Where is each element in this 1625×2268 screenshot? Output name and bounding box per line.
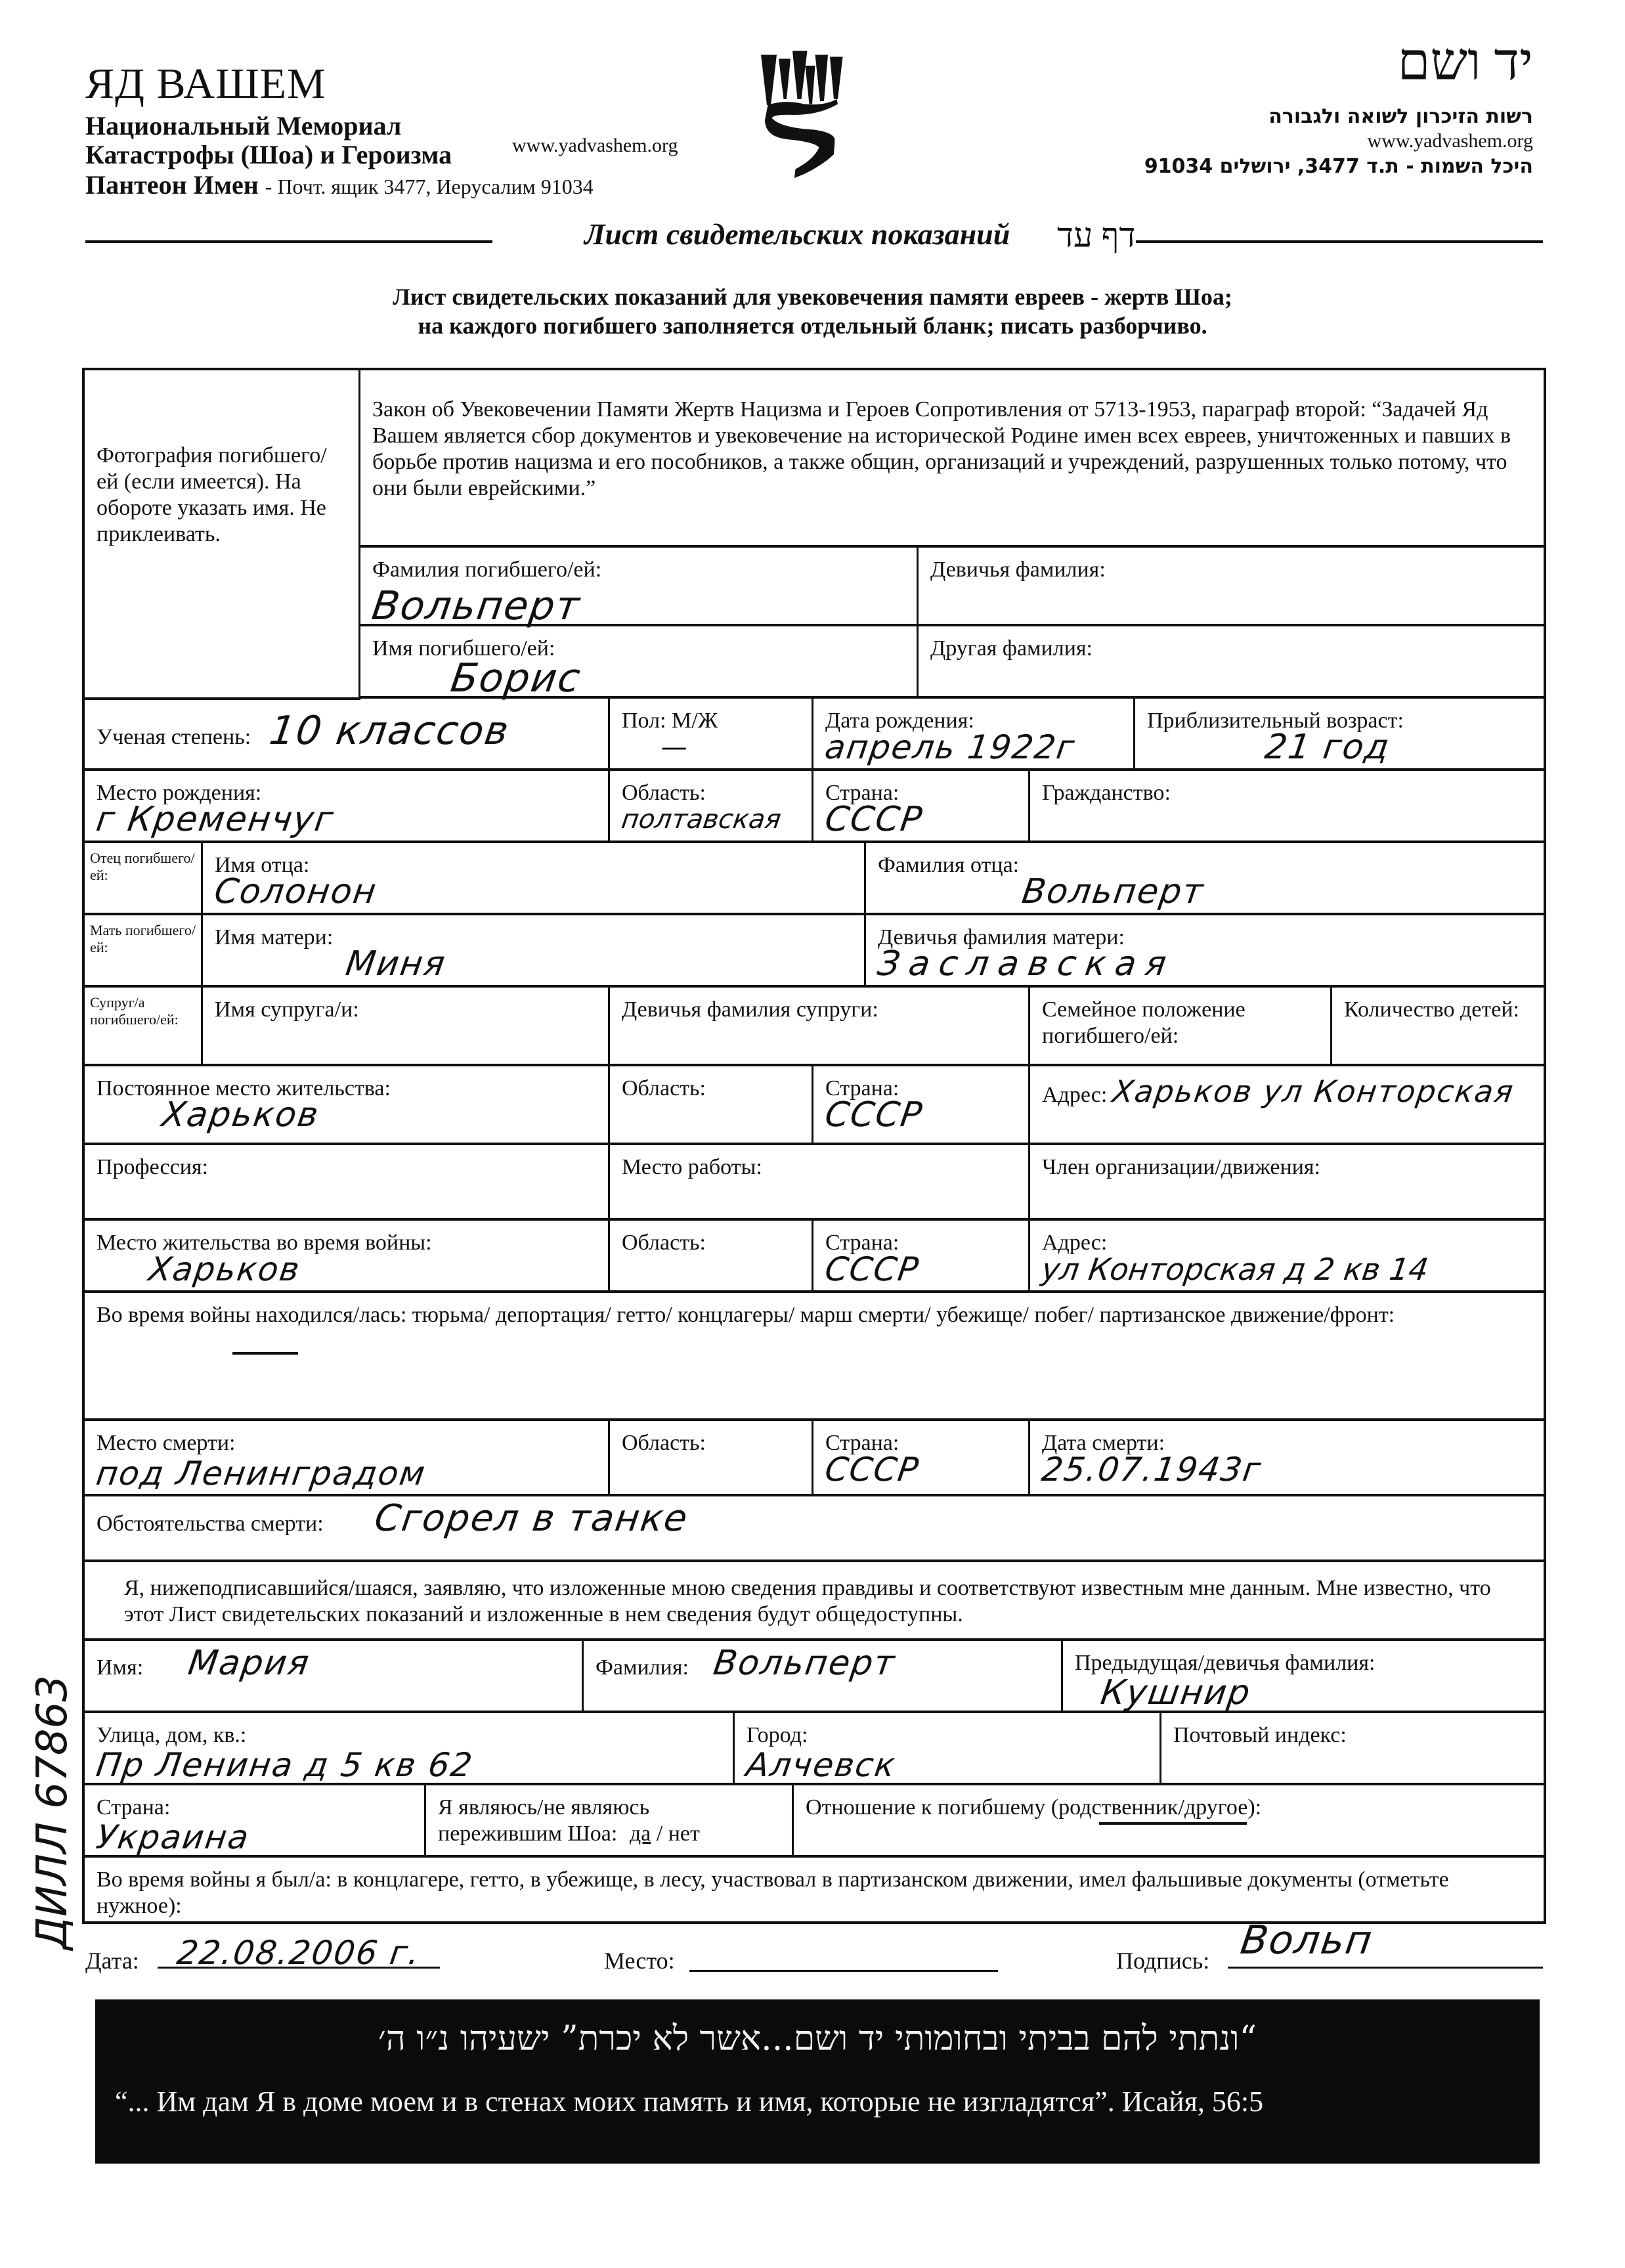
survivor-field[interactable]: Я являюсь/не являюсь пережившим Шоа: да … [426,1785,794,1858]
death-circumstances-field[interactable]: Обстоятельства смерти: Сгорел в танке [85,1496,1544,1562]
submitter-street-label: Улица, дом, кв.: [97,1722,721,1749]
submitter-war-experience-label: Во время войны я был/а: в концлагере, ге… [97,1867,1449,1918]
death-date-field[interactable]: Дата смерти: 25.07.1943г [1030,1421,1544,1496]
war-country-value: СССР [823,1256,921,1282]
residence-country-field[interactable]: Страна: СССР [813,1066,1030,1145]
law-text-cell: Закон об Увековечении Памяти Жертв Нациз… [360,370,1544,548]
other-surname-label: Другая фамилия: [930,636,1532,662]
death-place-value: под Ленинградом [94,1456,428,1491]
org-title-ru: ЯД ВАШЕМ [85,59,326,109]
front-option-underline [232,1352,298,1355]
mother-maiden-value: Заславская [876,951,1177,977]
children-count-field[interactable]: Количество детей: [1332,988,1544,1066]
title-rule-right [1136,240,1543,243]
spouse-name-field[interactable]: Имя супруга/и: [203,988,610,1066]
relationship-label: Отношение к погибшему (родственник/друго… [806,1795,1261,1820]
signature-label: Подпись: [1116,1947,1209,1974]
death-date-value: 25.07.1943г [1040,1456,1263,1483]
submitter-street-value: Пр Ленина д 5 кв 62 [94,1749,475,1781]
death-country-field[interactable]: Страна: СССР [813,1421,1030,1496]
membership-label: Член организации/движения: [1042,1154,1532,1181]
date-value: 22.08.2006 г. [175,1934,423,1972]
submitter-country-value: Украина [94,1821,251,1854]
submitter-prev-surname-label: Предыдущая/девичья фамилия: [1075,1650,1532,1676]
place-label: Место: [604,1947,675,1974]
war-status-label: Во время войны находился/лась: тюрьма/ д… [97,1303,1395,1327]
org-subtitle-1: Национальный Мемориал [85,110,401,141]
victim-first-name-label: Имя погибшего/ей: [372,636,905,662]
instruction-line-2: на каждого погибшего заполняется отдельн… [0,311,1625,340]
citizenship-label: Гражданство: [1042,780,1532,806]
workplace-label: Место работы: [622,1154,1016,1181]
submitter-first-name-label: Имя: [97,1655,143,1680]
instruction-line-1: Лист свидетельских показаний для увекове… [0,282,1625,311]
war-region-label: Область: [622,1230,800,1256]
marital-status-label: Семейное положение погибшего/ей: [1042,997,1318,1049]
maiden-name-field[interactable]: Девичья фамилия: [919,548,1544,626]
survivor-label-1: Я являюсь/не являюсь [438,1795,780,1821]
instructions: Лист свидетельских показаний для увекове… [0,282,1625,340]
birth-place-value: г Кременчуг [95,806,336,833]
submitter-prev-surname-value: Кушнир [1098,1676,1253,1709]
death-circumstances-value: Сгорел в танке [373,1506,690,1532]
website-link-ru[interactable]: www.yadvashem.org [512,135,678,157]
signature-value: Вольп [1238,1917,1376,1963]
margin-reference-note: ДИЛЛ 67863 [13,1642,92,1983]
war-region-field[interactable]: Область: [610,1221,813,1293]
victim-first-name-field[interactable]: Имя погибшего/ей: Борис [360,626,919,699]
birth-country-field[interactable]: Страна: СССР [813,771,1030,843]
sheet-title-row: Лист свидетельских показаний דף עד [85,217,1543,263]
margin-reference-text: ДИЛЛ 67863 [28,1675,77,1950]
photo-note: Фотография погибшего/ей (если имеется). … [97,443,327,546]
other-surname-field[interactable]: Другая фамилия: [919,626,1544,699]
mother-name-label: Имя матери: [215,925,852,951]
birth-region-label: Область: [622,780,800,806]
mother-side-label: Мать погибшего/ей: [85,915,203,988]
relative-option-underline [1099,1822,1247,1825]
spouse-maiden-field[interactable]: Девичья фамилия супруги: [610,988,1030,1066]
gender-field[interactable]: Пол: М/Ж — [610,699,813,771]
education-value: 10 классов [267,708,513,754]
submitter-first-name-value: Мария [186,1650,311,1676]
mother-name-field[interactable]: Имя матери: Миня [203,915,866,988]
quote-russian: “... Им дам Я в доме моем и в стенах мои… [115,2085,1520,2118]
submitter-country-field[interactable]: Страна: Украина [85,1785,426,1858]
submitter-city-value: Алчевск [744,1749,898,1781]
relationship-field[interactable]: Отношение к погибшему (родственник/друго… [794,1785,1544,1858]
submitter-surname-field[interactable]: Фамилия: Вольперт [584,1641,1063,1713]
law-text: Закон об Увековечении Памяти Жертв Нациз… [372,397,1511,500]
spouse-maiden-label: Девичья фамилия супруги: [622,997,1016,1023]
education-label: Ученая степень: [97,725,251,749]
residence-region-field[interactable]: Область: [610,1066,813,1145]
death-country-value: СССР [823,1456,921,1483]
birth-date-value: апрель 1922г [823,734,1077,760]
children-count-label: Количество детей: [1344,997,1532,1023]
submitter-surname-value: Вольперт [712,1650,898,1676]
gender-label: Пол: М/Ж [622,708,800,734]
postal-address-he: היכל השמות - ת.ד 3477, ירושלים 91034 [1144,155,1533,178]
org-title-he: יד ושם [1398,33,1533,93]
residence-region-label: Область: [622,1076,800,1102]
submitter-prev-surname-field[interactable]: Предыдущая/девичья фамилия: Кушнир [1063,1641,1544,1713]
father-name-value: Солонон [213,879,379,905]
date-label: Дата: [85,1947,139,1974]
residence-address-value: Харьков ул Конторская [1110,1076,1516,1107]
title-rule-left [85,240,492,243]
war-residence-value: Харьков [147,1256,302,1282]
testimony-form: Фотография погибшего/ей (если имеется). … [82,368,1546,1924]
spouse-side-label: Супруг/а погибшего/ей: [85,988,203,1066]
survivor-no-option[interactable]: нет [668,1821,700,1846]
gender-value: — [659,734,691,760]
sheet-title-ru: Лист свидетельских показаний [584,217,1010,251]
workplace-field[interactable]: Место работы: [610,1145,1030,1221]
residence-field[interactable]: Постоянное место жительства: Харьков [85,1066,610,1145]
father-side-label: Отец погибшего/ей: [85,843,203,915]
residence-address-field[interactable]: Адрес: Харьков ул Конторская [1030,1066,1544,1145]
submitter-street-field[interactable]: Улица, дом, кв.: Пр Ленина д 5 кв 62 [85,1713,735,1785]
war-address-value: ул Конторская д 2 кв 14 [1040,1256,1430,1282]
victim-surname-value: Вольперт [369,583,584,629]
submitter-war-experience-field[interactable]: Во время войны я был/а: в концлагере, ге… [85,1858,1544,1924]
postal-address-ru: - Почт. ящик 3477, Иерусалим 91034 [265,175,594,198]
approx-age-value: 21 год [1263,734,1391,760]
submitter-city-label: Город: [747,1722,1148,1749]
survivor-separator: / [651,1821,668,1846]
death-region-label: Область: [622,1430,800,1456]
victim-surname-label: Фамилия погибшего/ей: [372,557,905,583]
father-surname-field[interactable]: Фамилия отца: Вольперт [866,843,1544,915]
birth-region-value: полтавская [620,806,783,833]
death-region-field[interactable]: Область: [610,1421,813,1496]
submitter-postal-label: Почтовый индекс: [1173,1722,1532,1749]
spouse-name-label: Имя супруга/и: [215,997,596,1023]
war-residence-field[interactable]: Место жительства во время войны: Харьков [85,1221,610,1293]
birth-place-field[interactable]: Место рождения: г Кременчуг [85,771,610,843]
mother-name-value: Миня [344,951,448,977]
victim-surname-field[interactable]: Фамилия погибшего/ей: Вольперт [360,548,919,626]
mother-maiden-field[interactable]: Девичья фамилия матери: Заславская [866,915,1544,988]
citizenship-field[interactable]: Гражданство: [1030,771,1544,843]
father-name-field[interactable]: Имя отца: Солонон [203,843,866,915]
death-place-field[interactable]: Место смерти: под Ленинградом [85,1421,610,1496]
org-subtitle-2: Катастрофы (Шоа) и Героизма [85,139,452,170]
photo-placeholder[interactable]: Фотография погибшего/ей (если имеется). … [85,370,360,699]
residence-value: Харьков [160,1102,321,1128]
sheet-title-he: דף עד [1057,217,1135,255]
death-circumstances-label: Обстоятельства смерти: [97,1512,324,1536]
war-address-field[interactable]: Адрес: ул Конторская д 2 кв 14 [1030,1221,1544,1293]
org-subtitle-3: Пантеон Имен - Почт. ящик 3477, Иерусали… [85,169,594,200]
war-status-field[interactable]: Во время войны находился/лась: тюрьма/ д… [85,1293,1544,1421]
signature-field[interactable] [1228,1967,1543,1969]
website-link-he[interactable]: www.yadvashem.org [1368,130,1533,152]
profession-field[interactable]: Профессия: [85,1145,610,1221]
isaiah-quote-banner: “ונתתי להם בביתי ובחומותי יד ושם...אשר ל… [95,1999,1540,2164]
declaration-text-cell: Я, нижеподписавшийся/шаяся, заявляю, что… [85,1562,1544,1641]
membership-field[interactable]: Член организации/движения: [1030,1145,1544,1221]
hall-of-names-label: Пантеон Имен [85,170,259,200]
submitter-surname-label: Фамилия: [596,1655,689,1680]
submitter-city-field[interactable]: Город: Алчевск [735,1713,1161,1785]
org-subtitle-he: רשות הזיכרון לשואה ולגבורה [1268,105,1533,128]
maiden-name-label: Девичья фамилия: [930,557,1532,583]
birth-country-value: СССР [823,806,924,833]
marital-status-field[interactable]: Семейное положение погибшего/ей: [1030,988,1332,1066]
approx-age-field[interactable]: Приблизительный возраст: 21 год [1135,699,1544,771]
residence-address-label: Адрес: [1042,1083,1107,1107]
place-field[interactable] [689,1970,998,1972]
death-place-label: Место смерти: [97,1430,596,1456]
profession-label: Профессия: [97,1154,596,1181]
war-country-field[interactable]: Страна: СССР [813,1221,1030,1293]
quote-hebrew: “ונתתי להם בביתי ובחומותי יד ושם...אשר ל… [95,2019,1540,2059]
birth-date-field[interactable]: Дата рождения: апрель 1922г [813,699,1135,771]
survivor-label-2: пережившим Шоа: [438,1821,617,1846]
father-surname-value: Вольперт [1020,879,1205,905]
submitter-first-name-field[interactable]: Имя: Мария [85,1641,584,1713]
declaration-text: Я, нижеподписавшийся/шаяся, заявляю, что… [124,1576,1491,1626]
birth-region-field[interactable]: Область: полтавская [610,771,813,843]
victim-first-name-value: Борис [448,662,583,695]
submitter-postal-field[interactable]: Почтовый индекс: [1161,1713,1544,1785]
education-field[interactable]: Ученая степень: 10 классов [85,699,610,771]
menorah-logo-icon [735,39,893,190]
submitter-country-label: Страна: [97,1795,412,1821]
survivor-yes-option[interactable]: да [630,1821,651,1846]
residence-country-value: СССР [823,1102,924,1128]
signature-row: Дата: 22.08.2006 г. Место: Подпись: Воль… [85,1934,1543,1980]
